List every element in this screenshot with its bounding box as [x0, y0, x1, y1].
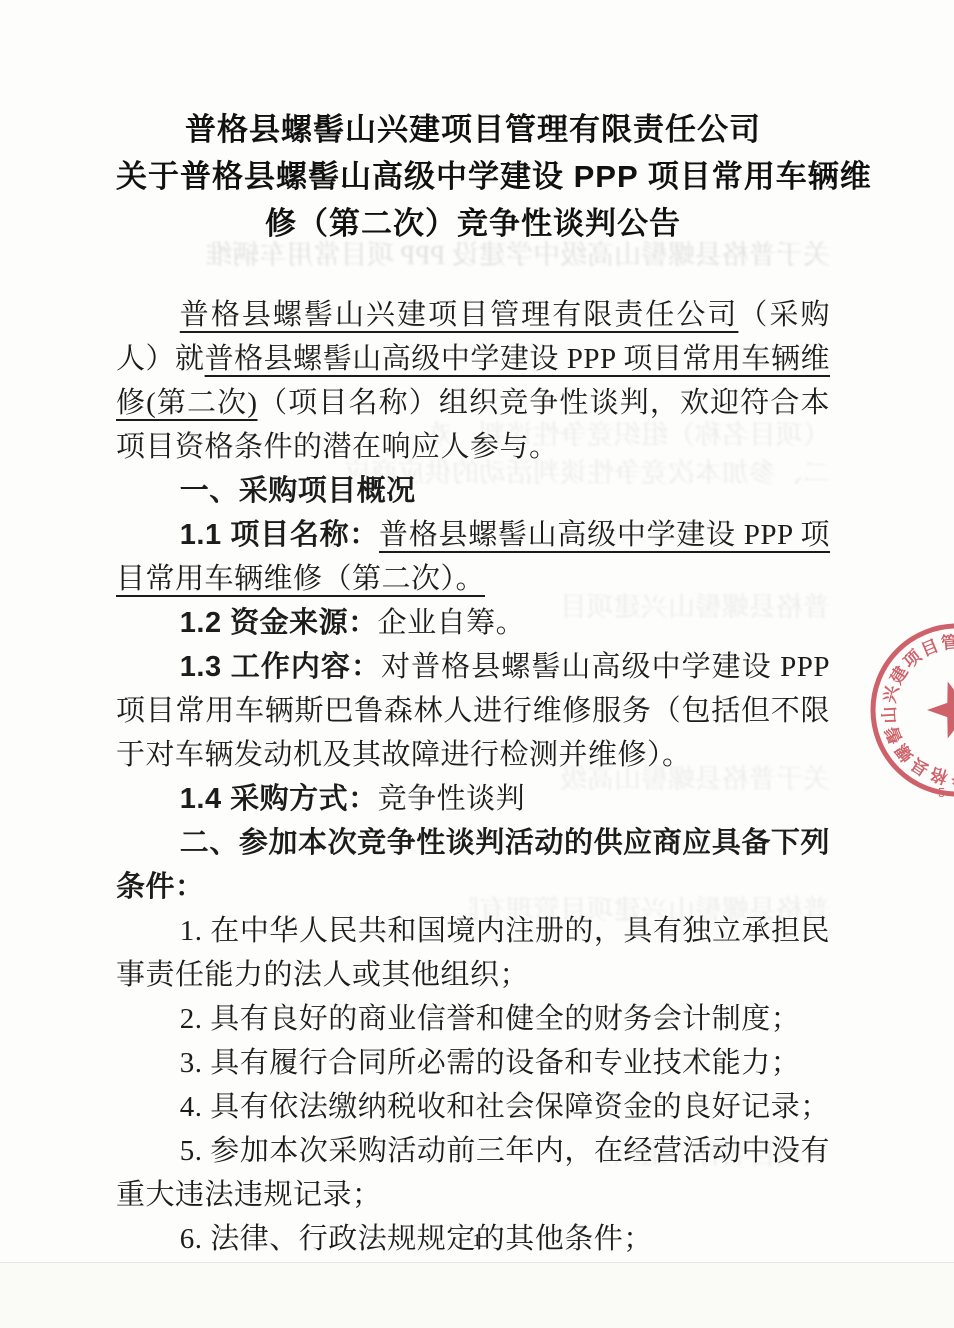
stamp-serial-digit: 5	[938, 785, 945, 800]
requirement-item-5: 5. 参加本次采购活动前三年内，在经营活动中没有重大违法违规记录；	[116, 1129, 830, 1217]
item-1-2-value: 企业自筹。	[378, 607, 526, 639]
title-line-1: 普格县螺髻山兴建项目管理有限责任公司	[116, 106, 830, 153]
requirement-item-2: 2. 具有良好的商业信誉和健全的财务会计制度；	[116, 997, 830, 1041]
item-1-4-label: 1.4 采购方式：	[180, 783, 378, 815]
page-number: 1	[0, 1230, 954, 1251]
scan-footer-strip	[0, 1263, 954, 1328]
item-1-3-label: 1.3 工作内容：	[180, 651, 381, 683]
item-1-1-project-name: 1.1 项目名称：普格县螺髻山高级中学建设 PPP 项目常用车辆维修（第二次）。	[116, 513, 830, 601]
requirement-item-3: 3. 具有履行合同所必需的设备和专业技术能力；	[116, 1041, 830, 1085]
item-1-4-value: 竞争性谈判	[378, 783, 526, 815]
intro-paragraph: 普格县螺髻山兴建项目管理有限责任公司（采购人）就普格县螺髻山高级中学建设 PPP…	[116, 293, 830, 469]
item-1-2-label: 1.2 资金来源：	[180, 607, 378, 639]
section-2-heading: 二、参加本次竞争性谈判活动的供应商应具备下列条件：	[116, 821, 830, 909]
official-stamp: 普格县螺髻山兴建项目管理有限责任公司 5	[862, 608, 954, 820]
section-1-heading: 一、采购项目概况	[116, 469, 830, 513]
item-1-2-funding-source: 1.2 资金来源：企业自筹。	[116, 601, 830, 645]
requirement-item-4: 4. 具有依法缴纳税收和社会保障资金的良好记录；	[116, 1085, 830, 1129]
item-1-4-procurement-method: 1.4 采购方式：竞争性谈判	[116, 777, 830, 821]
title-line-2: 关于普格县螺髻山高级中学建设 PPP 项目常用车辆维	[116, 153, 830, 200]
intro-company-name: 普格县螺髻山兴建项目管理有限责任公司	[180, 299, 739, 331]
document-body: 普格县螺髻山兴建项目管理有限责任公司 关于普格县螺髻山高级中学建设 PPP 项目…	[0, 0, 954, 1261]
document-title: 普格县螺髻山兴建项目管理有限责任公司 关于普格县螺髻山高级中学建设 PPP 项目…	[116, 106, 830, 247]
item-1-1-label: 1.1 项目名称：	[180, 519, 379, 551]
scanned-document-page: 关于普格县螺髻山高级中学建设 PPP 项目常用车辆维 （项目名称）组织竞争性谈判…	[0, 0, 954, 1328]
requirement-item-1: 1. 在中华人民共和国境内注册的，具有独立承担民事责任能力的法人或其他组织；	[116, 909, 830, 997]
official-stamp-graphic: 普格县螺髻山兴建项目管理有限责任公司 5	[862, 608, 954, 820]
item-1-3-work-content: 1.3 工作内容：对普格县螺髻山高级中学建设 PPP 项目常用车辆斯巴鲁森林人进…	[116, 645, 830, 777]
stamp-star-icon	[927, 682, 954, 739]
title-line-3: 修（第二次）竞争性谈判公告	[116, 200, 830, 247]
